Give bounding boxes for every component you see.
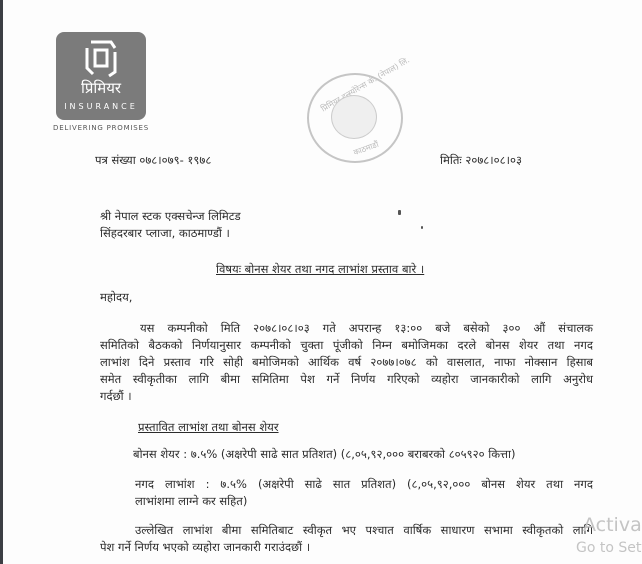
- windows-activation-watermark-subtitle: Go to Sett: [576, 540, 642, 556]
- closing-line-1: उल्लेखित लाभांश बीमा समितिबाट स्वीकृत भए…: [135, 523, 593, 538]
- logo-english-name: INSURANCE: [56, 102, 146, 111]
- body-paragraph-line: लाभांश दिने प्रस्ताव गरि सोही बमोजिमको आ…: [100, 355, 593, 370]
- letter-reference-number: पत्र संख्या ०७८।०७९- १९७८: [95, 153, 211, 168]
- windows-activation-watermark-title: Activate: [583, 514, 642, 536]
- body-paragraph-line: गर्दछौं ।: [100, 389, 132, 404]
- cash-dividend-line-2: लाभांशमा लाग्ने कर सहित): [135, 494, 247, 509]
- section-heading: प्रस्तावित लाभांश तथा बोनस शेयर: [138, 420, 279, 435]
- logo-tagline: DELIVERING PROMISES: [53, 124, 149, 132]
- stamp-city-text: काठमाडौं: [352, 139, 380, 158]
- salutation: महोदय,: [100, 290, 132, 305]
- company-seal-stamp: प्रिमियर इन्स्योरेन्स कं. (नेपाल) लि. का…: [307, 73, 403, 163]
- body-paragraph-line: समितिको बैठकको निर्णयानुसार कम्पनीको चुक…: [100, 338, 593, 353]
- recipient-line-2: सिंहदरबार प्लाजा, काठमाण्डौं ।: [100, 226, 230, 241]
- letter-date: मितिः २०७८।०८।०३: [440, 153, 522, 168]
- scan-speck: [398, 210, 401, 215]
- body-paragraph-line: यस कम्पनीको मिति २०७८।०८।०३ गते अपरान्ह …: [140, 321, 593, 336]
- closing-line-2: पेश गर्ने निर्णय भएको व्यहोरा जानकारी गर…: [100, 540, 310, 555]
- subject-line: विषयः बोनस शेयर तथा नगद लाभांश प्रस्ताव …: [216, 262, 424, 277]
- company-logo: प्रिमियर INSURANCE: [56, 32, 146, 120]
- body-paragraph-line: समेत स्वीकृतीका लागि बीमा समितिमा पेश गर…: [100, 372, 593, 387]
- premier-logo-mark-icon: [83, 38, 119, 78]
- bonus-share-line: बोनस शेयर : ७.५% (अक्षरेपी साढे सात प्रत…: [133, 447, 515, 462]
- recipient-line-1: श्री नेपाल स्टक एक्सचेन्ज लिमिटड: [100, 209, 241, 224]
- scan-speck: [421, 226, 423, 229]
- cash-dividend-line-1: नगद लाभांश : ७.५% (अक्षरेपी साढे सात प्र…: [135, 477, 593, 492]
- scanned-letter-page: प्रिमियर INSURANCE DELIVERING PROMISES प…: [3, 0, 642, 564]
- logo-devanagari-name: प्रिमियर: [56, 79, 146, 97]
- stamp-logo-icon: [331, 95, 377, 139]
